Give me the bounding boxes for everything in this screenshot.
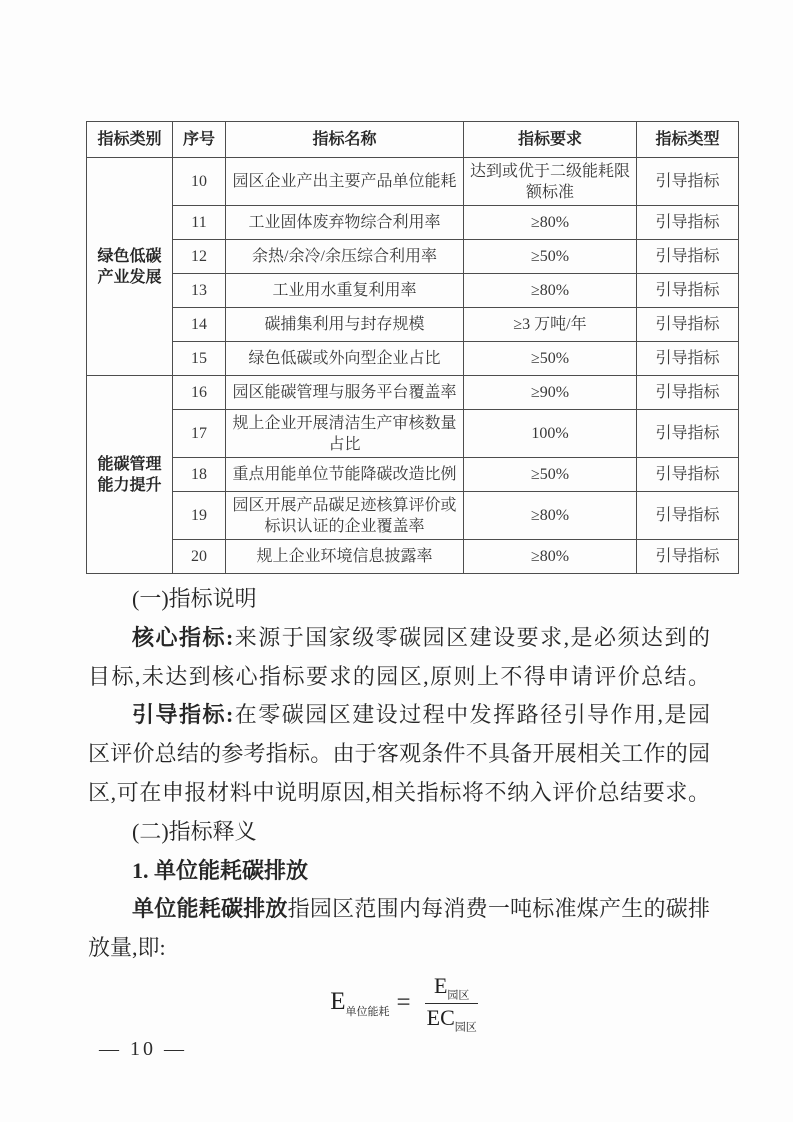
table-row: 15 绿色低碳或外向型企业占比 ≥50% 引导指标 <box>87 342 739 376</box>
cell-name: 余热/余冷/余压综合利用率 <box>226 240 464 274</box>
text-line: 核心指标:来源于国家级零碳园区建设要求,是必须达到的 <box>88 619 710 658</box>
cell-name: 园区开展产品碳足迹核算评价或标识认证的企业覆盖率 <box>226 492 464 540</box>
cell-requirement: ≥90% <box>464 376 637 410</box>
table-row: 能碳管理能力提升 16 园区能碳管理与服务平台覆盖率 ≥90% 引导指标 <box>87 376 739 410</box>
column-header-category: 指标类别 <box>87 122 173 158</box>
cell-type: 引导指标 <box>637 540 739 574</box>
equals-sign: = <box>397 989 411 1017</box>
cell-name: 绿色低碳或外向型企业占比 <box>226 342 464 376</box>
cell-requirement: ≥50% <box>464 240 637 274</box>
column-header-seq: 序号 <box>173 122 226 158</box>
cell-name: 重点用能单位节能降碳改造比例 <box>226 458 464 492</box>
text-line: 目标,未达到核心指标要求的园区,原则上不得申请评价总结。 <box>88 658 710 697</box>
cell-requirement: ≥80% <box>464 492 637 540</box>
table-row: 12 余热/余冷/余压综合利用率 ≥50% 引导指标 <box>87 240 739 274</box>
cell-requirement: ≥80% <box>464 540 637 574</box>
cell-type: 引导指标 <box>637 274 739 308</box>
cell-requirement: ≥80% <box>464 206 637 240</box>
cell-type: 引导指标 <box>637 492 739 540</box>
indicator-table: 指标类别 序号 指标名称 指标要求 指标类型 绿色低碳产业发展 10 园区企业产… <box>86 121 739 574</box>
formula-lhs: E单位能耗 <box>330 988 389 1018</box>
cell-type: 引导指标 <box>637 376 739 410</box>
cell-type: 引导指标 <box>637 240 739 274</box>
cell-seq: 19 <box>173 492 226 540</box>
page-number: — 10 — <box>99 1038 187 1061</box>
table-row: 17 规上企业开展清洁生产审核数量占比 100% 引导指标 <box>87 410 739 458</box>
text-line: 引导指标:在零碳园区建设过程中发挥路径引导作用,是园 <box>88 696 710 735</box>
cell-name: 园区企业产出主要产品单位能耗 <box>226 158 464 206</box>
subsection-heading: 1. 单位能耗碳排放 <box>88 852 710 891</box>
document-page: 指标类别 序号 指标名称 指标要求 指标类型 绿色低碳产业发展 10 园区企业产… <box>0 0 793 1122</box>
cell-name: 规上企业环境信息披露率 <box>226 540 464 574</box>
cell-type: 引导指标 <box>637 158 739 206</box>
formula-lhs-subscript: 单位能耗 <box>346 1006 390 1018</box>
section-heading-1: (一)指标说明 <box>88 580 710 619</box>
cell-type: 引导指标 <box>637 206 739 240</box>
bold-run: 核心指标: <box>132 625 233 650</box>
cell-seq: 11 <box>173 206 226 240</box>
column-header-name: 指标名称 <box>226 122 464 158</box>
cell-category-green-lowcarbon: 绿色低碳产业发展 <box>87 158 173 376</box>
cell-category-energy-carbon-mgmt: 能碳管理能力提升 <box>87 376 173 574</box>
formula-unit-energy-carbon: E单位能耗 = E园区 EC园区 <box>88 964 728 1042</box>
cell-requirement: 达到或优于二级能耗限额标准 <box>464 158 637 206</box>
table-row: 绿色低碳产业发展 10 园区企业产出主要产品单位能耗 达到或优于二级能耗限额标准… <box>87 158 739 206</box>
section-heading-2: (二)指标释义 <box>88 813 710 852</box>
cell-name: 工业用水重复利用率 <box>226 274 464 308</box>
column-header-requirement: 指标要求 <box>464 122 637 158</box>
cell-seq: 15 <box>173 342 226 376</box>
text-line: 放量,即: <box>88 929 710 968</box>
table-row: 18 重点用能单位节能降碳改造比例 ≥50% 引导指标 <box>87 458 739 492</box>
bold-run: 引导指标: <box>132 702 233 727</box>
cell-requirement: ≥50% <box>464 342 637 376</box>
cell-type: 引导指标 <box>637 410 739 458</box>
cell-requirement: 100% <box>464 410 637 458</box>
cell-name: 碳捕集利用与封存规模 <box>226 308 464 342</box>
text-line: 区评价总结的参考指标。由于客观条件不具备开展相关工作的园 <box>88 735 710 774</box>
cell-requirement: ≥80% <box>464 274 637 308</box>
cell-seq: 10 <box>173 158 226 206</box>
table-header-row: 指标类别 序号 指标名称 指标要求 指标类型 <box>87 122 739 158</box>
cell-type: 引导指标 <box>637 308 739 342</box>
cell-type: 引导指标 <box>637 458 739 492</box>
cell-name: 工业固体废弃物综合利用率 <box>226 206 464 240</box>
formula-fraction: E园区 EC园区 <box>418 973 486 1033</box>
cell-seq: 16 <box>173 376 226 410</box>
text-line: 单位能耗碳排放指园区范围内每消费一吨标准煤产生的碳排 <box>88 890 710 929</box>
cell-seq: 20 <box>173 540 226 574</box>
table-row: 14 碳捕集利用与封存规模 ≥3 万吨/年 引导指标 <box>87 308 739 342</box>
text-line: 区,可在申报材料中说明原因,相关指标将不纳入评价总结要求。 <box>88 774 710 813</box>
cell-requirement: ≥3 万吨/年 <box>464 308 637 342</box>
table-row: 19 园区开展产品碳足迹核算评价或标识认证的企业覆盖率 ≥80% 引导指标 <box>87 492 739 540</box>
table-row: 11 工业固体废弃物综合利用率 ≥80% 引导指标 <box>87 206 739 240</box>
cell-requirement: ≥50% <box>464 458 637 492</box>
column-header-type: 指标类型 <box>637 122 739 158</box>
fraction-numerator: E园区 <box>425 973 478 1003</box>
bold-run: 单位能耗碳排放 <box>132 896 288 921</box>
cell-seq: 12 <box>173 240 226 274</box>
fraction-denominator: EC园区 <box>418 1004 486 1033</box>
cell-type: 引导指标 <box>637 342 739 376</box>
cell-seq: 13 <box>173 274 226 308</box>
cell-name: 园区能碳管理与服务平台覆盖率 <box>226 376 464 410</box>
cell-seq: 17 <box>173 410 226 458</box>
table-row: 13 工业用水重复利用率 ≥80% 引导指标 <box>87 274 739 308</box>
body-text: (一)指标说明 核心指标:来源于国家级零碳园区建设要求,是必须达到的 目标,未达… <box>88 580 710 968</box>
cell-name: 规上企业开展清洁生产审核数量占比 <box>226 410 464 458</box>
cell-seq: 14 <box>173 308 226 342</box>
cell-seq: 18 <box>173 458 226 492</box>
table-row: 20 规上企业环境信息披露率 ≥80% 引导指标 <box>87 540 739 574</box>
